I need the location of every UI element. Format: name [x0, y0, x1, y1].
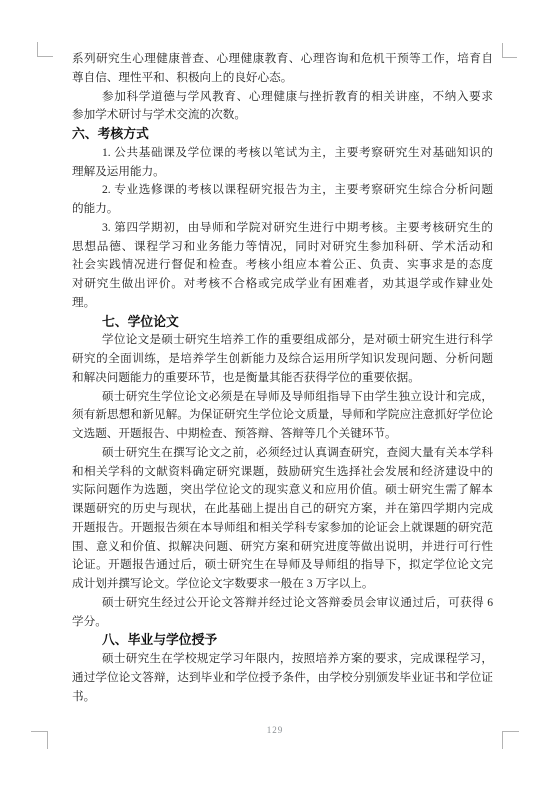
text-line: 硕士研究生学位论文必须是在导师及导师组指导下由学生独立设计和完成，	[72, 388, 493, 407]
text-line: 成计划并撰写论文。学位论文字数要求一般在 3 万字以上。	[72, 575, 493, 594]
text-line: 和解决问题能力的重要环节，也是衡量其能否获得学位的重要依据。	[72, 369, 493, 388]
text-line: 理解及运用能力。	[72, 163, 493, 182]
document-page: 系列研究生心理健康普查、心理健康教育、心理咨询和危机干预等工作，培育自尊自信、理…	[0, 0, 550, 785]
text-line: 书。	[72, 688, 493, 707]
text-line: 社会实践情况进行督促和检查。考核小组应本着公正、负责、实事求是的态度	[72, 256, 493, 275]
text-line: 开题报告。开题报告须在本导师组和相关学科专家参加的论证会上就课题的研究范	[72, 519, 493, 538]
text-line: 六、考核方式	[72, 125, 493, 144]
text-line: 硕士研究生经过公开论文答辩并经过论文答辩委员会审议通过后，可获得 6	[72, 594, 493, 613]
text-line: 七、学位论文	[72, 313, 493, 332]
text-line: 3. 第四学期初，由导师和学院对研究生进行中期考核。主要考核研究生的	[72, 219, 493, 238]
text-line: 论证。开题报告通过后，硕士研究生在导师及导师组的指导下，拟定学位论文完	[72, 556, 493, 575]
text-line: 研究的全面训练，是培养学生创新能力及综合运用所学知识发现问题、分析问题	[72, 350, 493, 369]
text-line: 实际问题作为选题，突出学位论文的现实意义和应用价值。硕士研究生需了解本	[72, 481, 493, 500]
text-line: 围、意义和价值、拟解决问题、研究方案和研究进度等做出说明，并进行可行性	[72, 538, 493, 557]
text-line: 和相关学科的文献资料确定研究课题，鼓励研究生选择社会发展和经济建设中的	[72, 463, 493, 482]
text-line: 八、毕业与学位授予	[72, 631, 493, 650]
text-line: 参加科学道德与学风教育、心理健康与挫折教育的相关讲座，不纳入要求	[72, 88, 493, 107]
text-line: 理。	[72, 294, 493, 313]
text-line: 通过学位论文答辩，达到毕业和学位授予条件，由学校分别颁发毕业证书和学位证	[72, 669, 493, 688]
text-line: 系列研究生心理健康普查、心理健康教育、心理咨询和危机干预等工作，培育自	[72, 50, 493, 69]
text-line: 尊自信、理性平和、积极向上的良好心态。	[72, 69, 493, 88]
text-line: 对研究生做出评价。对考核不合格或完成学业有困难者，劝其退学或作肄业处	[72, 275, 493, 294]
crop-mark-top-left-icon	[37, 42, 53, 57]
text-line: 硕士研究生在学校规定学习年限内，按照培养方案的要求，完成课程学习，	[72, 650, 493, 669]
text-line: 1. 公共基础课及学位课的考核以笔试为主，主要考察研究生对基础知识的	[72, 144, 493, 163]
text-line: 硕士研究生在撰写论文之前，必须经过认真调查研究，查阅大量有关本学科	[72, 444, 493, 463]
crop-mark-top-right-icon	[502, 43, 517, 58]
text-line: 须有新思想和新见解。为保证研究生学位论文质量，导师和学院应注意抓好学位论	[72, 406, 493, 425]
text-line: 2. 专业选修课的考核以课程研究报告为主，主要考察研究生综合分析问题	[72, 181, 493, 200]
text-line: 学位论文是硕士研究生培养工作的重要组成部分，是对硕士研究生进行科学	[72, 331, 493, 350]
text-line: 学分。	[72, 613, 493, 632]
page-number: 129	[0, 725, 550, 735]
text-line: 参加学术研讨与学术交流的次数。	[72, 106, 493, 125]
text-line: 文选题、开题报告、中期检查、预答辩、答辩等几个关键环节。	[72, 425, 493, 444]
text-line: 思想品德、课程学习和业务能力等情况，同时对研究生参加科研、学术活动和	[72, 238, 493, 257]
text-line: 课题研究的历史与现状，在此基础上提出自己的研究方案，并在第四学期内完成	[72, 500, 493, 519]
text-line: 的能力。	[72, 200, 493, 219]
document-body: 系列研究生心理健康普查、心理健康教育、心理咨询和危机干预等工作，培育自尊自信、理…	[72, 50, 493, 706]
